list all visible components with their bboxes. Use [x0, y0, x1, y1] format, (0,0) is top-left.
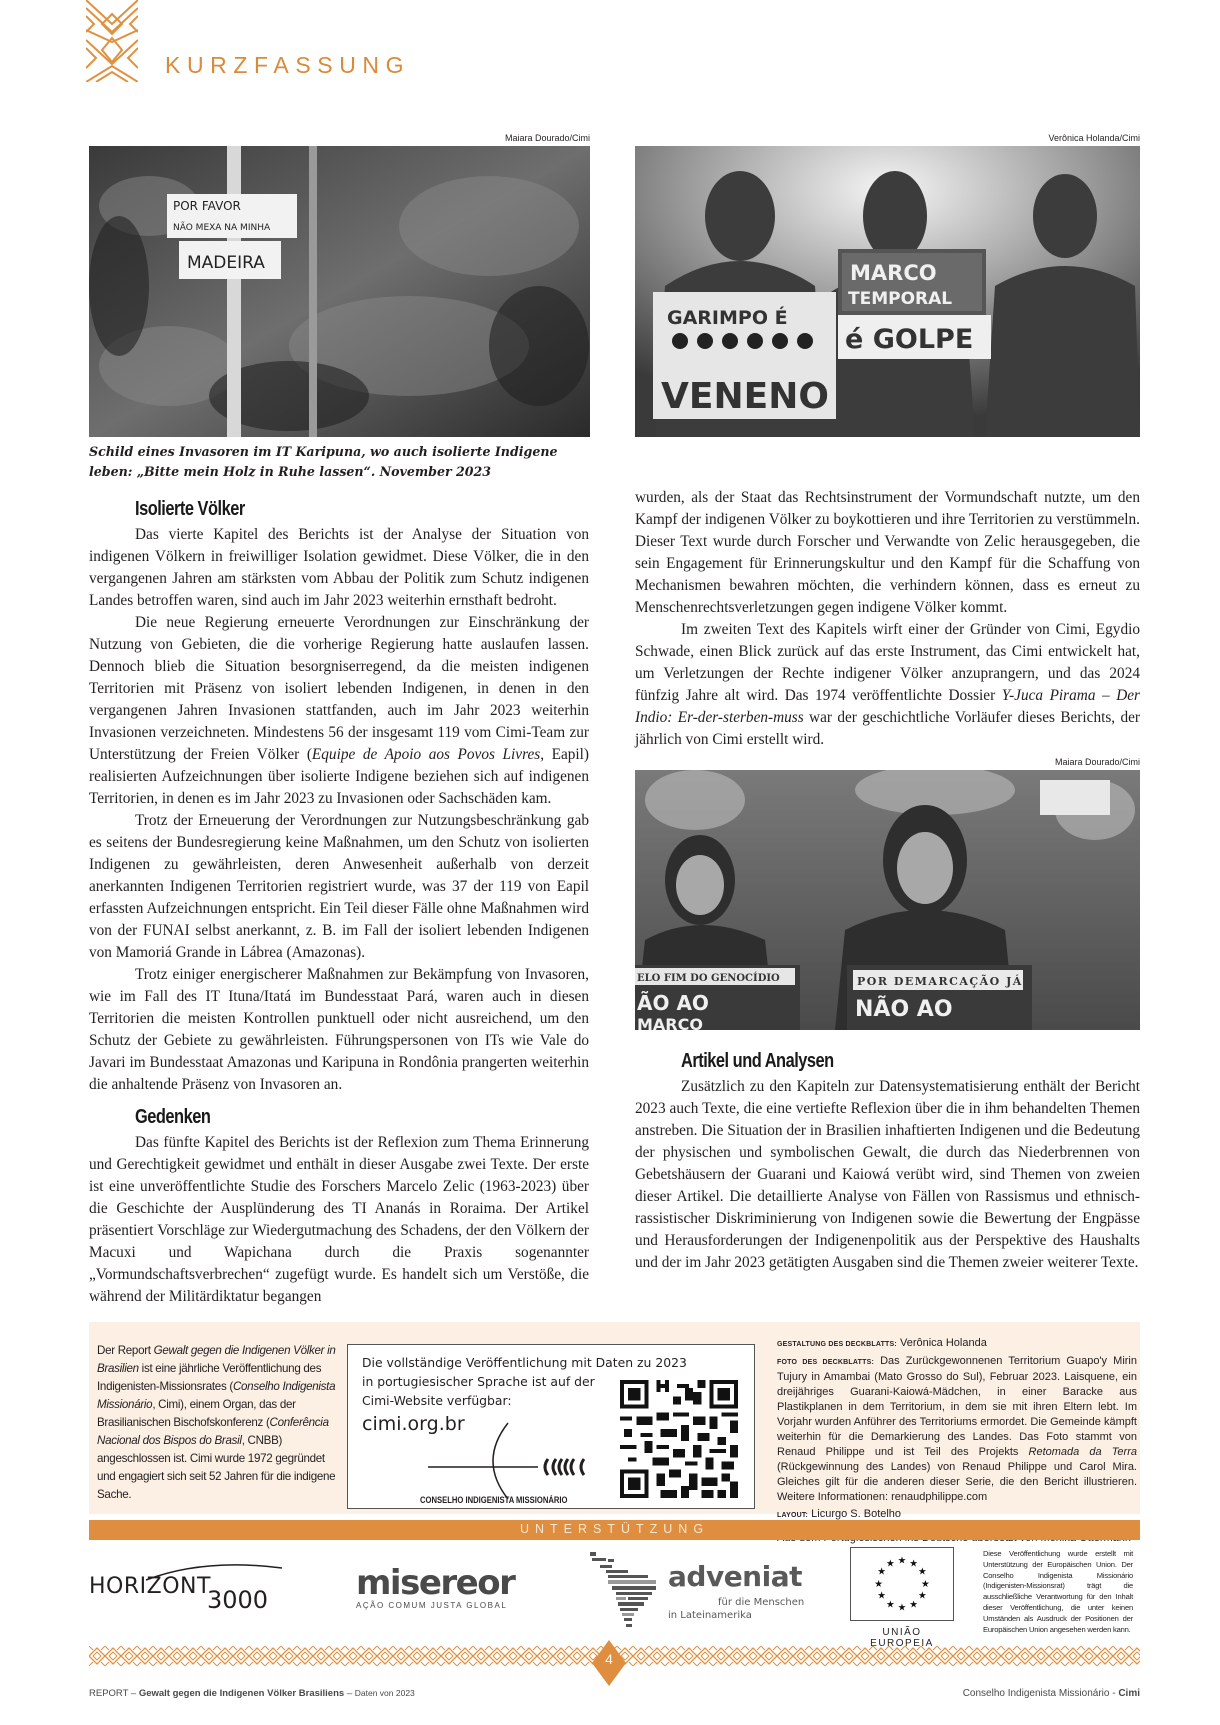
paragraph: Das fünfte Kapitel des Berichts ist der … [89, 1132, 589, 1308]
footer-org: Conselho Indigenista Missionário - Cimi [963, 1688, 1140, 1699]
paragraph: Trotz der Erneuerung der Verordnungen zu… [89, 810, 589, 964]
svg-text:★: ★ [886, 1558, 895, 1569]
report-description: Der Report Gewalt gegen die Indigenen Vö… [97, 1342, 339, 1504]
download-box: Die vollständige Veröffentlichung mit Da… [347, 1344, 755, 1509]
eu-flag-icon: ★★★★ ★★★★ ★★★★ [850, 1547, 954, 1621]
qr-code-icon[interactable] [620, 1380, 738, 1498]
svg-text:ELO FIM DO GENOCÍDIO: ELO FIM DO GENOCÍDIO [637, 972, 780, 984]
support-bar: UNTERSTÜTZUNG [89, 1520, 1140, 1540]
sign-text: POR FAVOR [173, 199, 241, 213]
svg-text:★: ★ [886, 1599, 895, 1610]
paragraph: Das vierte Kapitel des Berichts ist der … [89, 524, 589, 612]
svg-text:ÃO AO: ÃO AO [637, 991, 709, 1015]
svg-text:GARIMPO É: GARIMPO É [667, 306, 788, 329]
photo-caption: Schild eines Invasoren im IT Karipuna, w… [89, 442, 589, 482]
paragraph: Trotz einiger energischerer Maßnahmen zu… [89, 964, 589, 1096]
svg-text:★: ★ [918, 1591, 927, 1602]
section-heading-articles: Artikel und Analysen [681, 1046, 1057, 1076]
right-column-bottom: Artikel und Analysen Zusätzlich zu den K… [635, 1046, 1140, 1274]
svg-text:TEMPORAL: TEMPORAL [848, 289, 952, 309]
paragraph: Im zweiten Text des Kapitels wirft einer… [635, 619, 1140, 751]
left-column: Isolierte Völker Das vierte Kapitel des … [89, 494, 589, 1308]
photo-invader-sign: POR FAVOR NÃO MEXA NA MINHA MADEIRA [89, 146, 590, 437]
svg-text:é GOLPE: é GOLPE [845, 324, 973, 355]
svg-text:★: ★ [918, 1566, 927, 1577]
svg-text:★: ★ [874, 1579, 883, 1590]
svg-text:MARCO: MARCO [850, 261, 937, 285]
right-column-top: wurden, als der Staat das Rechtsinstrume… [635, 487, 1140, 751]
svg-text:★: ★ [909, 1558, 918, 1569]
svg-text:★: ★ [921, 1579, 930, 1590]
section-heading-isolated: Isolierte Völker [135, 494, 507, 524]
svg-text:POR DEMARCAÇÃO JÁ: POR DEMARCAÇÃO JÁ [857, 974, 1023, 988]
photo-credit: Maiara Dourado/Cimi [930, 757, 1140, 767]
page-title: KURZFASSUNG [165, 52, 410, 79]
svg-text:NÃO AO: NÃO AO [855, 996, 953, 1022]
section-heading-memory: Gedenken [135, 1102, 507, 1132]
page-number: 4 [592, 1651, 626, 1667]
svg-text:★: ★ [909, 1599, 918, 1610]
adveniat-logo: adveniat für die Menschen in Lateinameri… [588, 1550, 828, 1640]
latin-america-map-icon [588, 1550, 658, 1630]
ornament-pattern-icon [86, 0, 138, 82]
paragraph: Zusätzlich zu den Kapiteln zur Datensyst… [635, 1076, 1140, 1274]
org-name: CONSELHO INDIGENISTA MISSIONÁRIO [420, 1495, 567, 1505]
photo-protest-signs: GARIMPO É VENENO MARCO TEMPORAL é GOLPE [635, 146, 1140, 437]
paragraph: wurden, als der Staat das Rechtsinstrume… [635, 487, 1140, 619]
svg-text:★: ★ [898, 1556, 907, 1567]
photo-credit: Verônica Holanda/Cimi [930, 133, 1140, 143]
svg-text:MARCO: MARCO [637, 1015, 703, 1030]
svg-text:MADEIRA: MADEIRA [187, 253, 265, 273]
svg-text:VENENO: VENENO [661, 376, 829, 417]
footer-report-title: REPORT – Gewalt gegen die Indigenen Völk… [89, 1688, 415, 1699]
svg-text:★: ★ [877, 1566, 886, 1577]
svg-text:★: ★ [877, 1591, 886, 1602]
svg-text:NÃO MEXA NA MINHA: NÃO MEXA NA MINHA [173, 222, 271, 233]
support-label: UNTERSTÜTZUNG [89, 1522, 1140, 1536]
misereor-logo: misereor AÇÃO COMUM JUSTA GLOBAL [356, 1565, 526, 1625]
eu-disclaimer: Diese Veröffentlichung wurde erstellt mi… [983, 1549, 1133, 1635]
svg-text:★: ★ [898, 1602, 907, 1613]
horizont3000-logo: HORIZONT 3000 [89, 1560, 279, 1620]
paragraph: Die neue Regierung erneuerte Verordnunge… [89, 612, 589, 810]
photo-demarcation-protest: ELO FIM DO GENOCÍDIO ÃO AO MARCO POR DEM… [635, 770, 1140, 1030]
photo-credit: Maiara Dourado/Cimi [380, 133, 590, 143]
info-box: Der Report Gewalt gegen die Indigenen Vö… [89, 1322, 1140, 1514]
credits-block: Gestaltung des Deckblatts: Verônica Hola… [777, 1336, 1137, 1546]
